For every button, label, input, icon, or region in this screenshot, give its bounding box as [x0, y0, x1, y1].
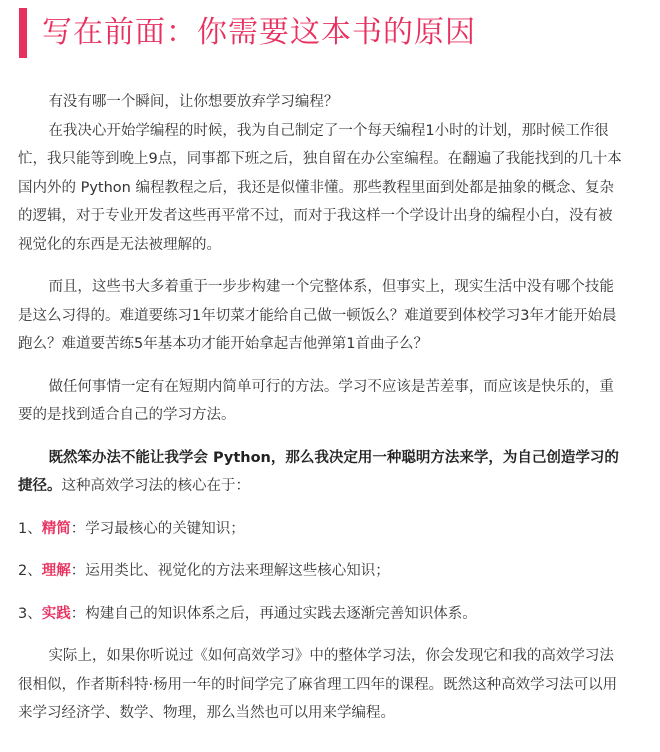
list-number: 2、	[18, 563, 42, 579]
list-text: 运用类比、视觉化的方法来理解这些核心知识；	[85, 563, 390, 579]
list-keyword: 理解	[42, 563, 71, 579]
paragraph-6: 实际上，如果你听说过《如何高效学习》中的整体学习法，你会发现它和我的高效学习法很…	[18, 642, 626, 728]
paragraph-2: 在我决心开始学编程的时候，我为自己制定了一个每天编程1小时的计划，那时候工作很忙…	[18, 117, 626, 260]
list-number: 3、	[18, 606, 42, 622]
paragraph-5-rest: 这种高效学习法的核心在于：	[62, 478, 251, 494]
list-item-1: 1、精简：学习最核心的关键知识；	[18, 515, 626, 544]
list-item-3: 3、实践：构建自己的知识体系之后，再通过实践去逐渐完善知识体系。	[18, 600, 626, 629]
page-title: 写在前面：你需要这本书的原因	[42, 8, 476, 58]
list-keyword: 实践	[42, 606, 71, 622]
list-text: 构建自己的知识体系之后，再通过实践去逐渐完善知识体系。	[85, 606, 477, 622]
list-item-2: 2、理解：运用类比、视觉化的方法来理解这些核心知识；	[18, 557, 626, 586]
paragraph-3: 而且，这些书大多着重于一步步构建一个完整体系，但事实上，现实生活中没有哪个技能是…	[18, 273, 626, 359]
paragraph-1: 有没有哪一个瞬间，让你想要放弃学习编程？	[18, 88, 626, 117]
paragraph-4: 做任何事情一定有在短期内简单可行的方法。学习不应该是苦差事，而应该是快乐的，重要…	[18, 373, 626, 430]
paragraph-5: 既然笨办法不能让我学会 Python，那么我决定用一种聪明方法来学，为自己创造学…	[18, 444, 626, 501]
article-body: 有没有哪一个瞬间，让你想要放弃学习编程？ 在我决心开始学编程的时候，我为自己制定…	[18, 88, 626, 728]
section-heading: 写在前面：你需要这本书的原因	[19, 8, 476, 58]
list-separator: ：	[71, 521, 86, 537]
heading-accent-bar	[19, 8, 27, 58]
list-text: 学习最核心的关键知识；	[85, 521, 245, 537]
list-separator: ：	[71, 563, 86, 579]
list-keyword: 精简	[42, 521, 71, 537]
list-separator: ：	[71, 606, 86, 622]
list-number: 1、	[18, 521, 42, 537]
